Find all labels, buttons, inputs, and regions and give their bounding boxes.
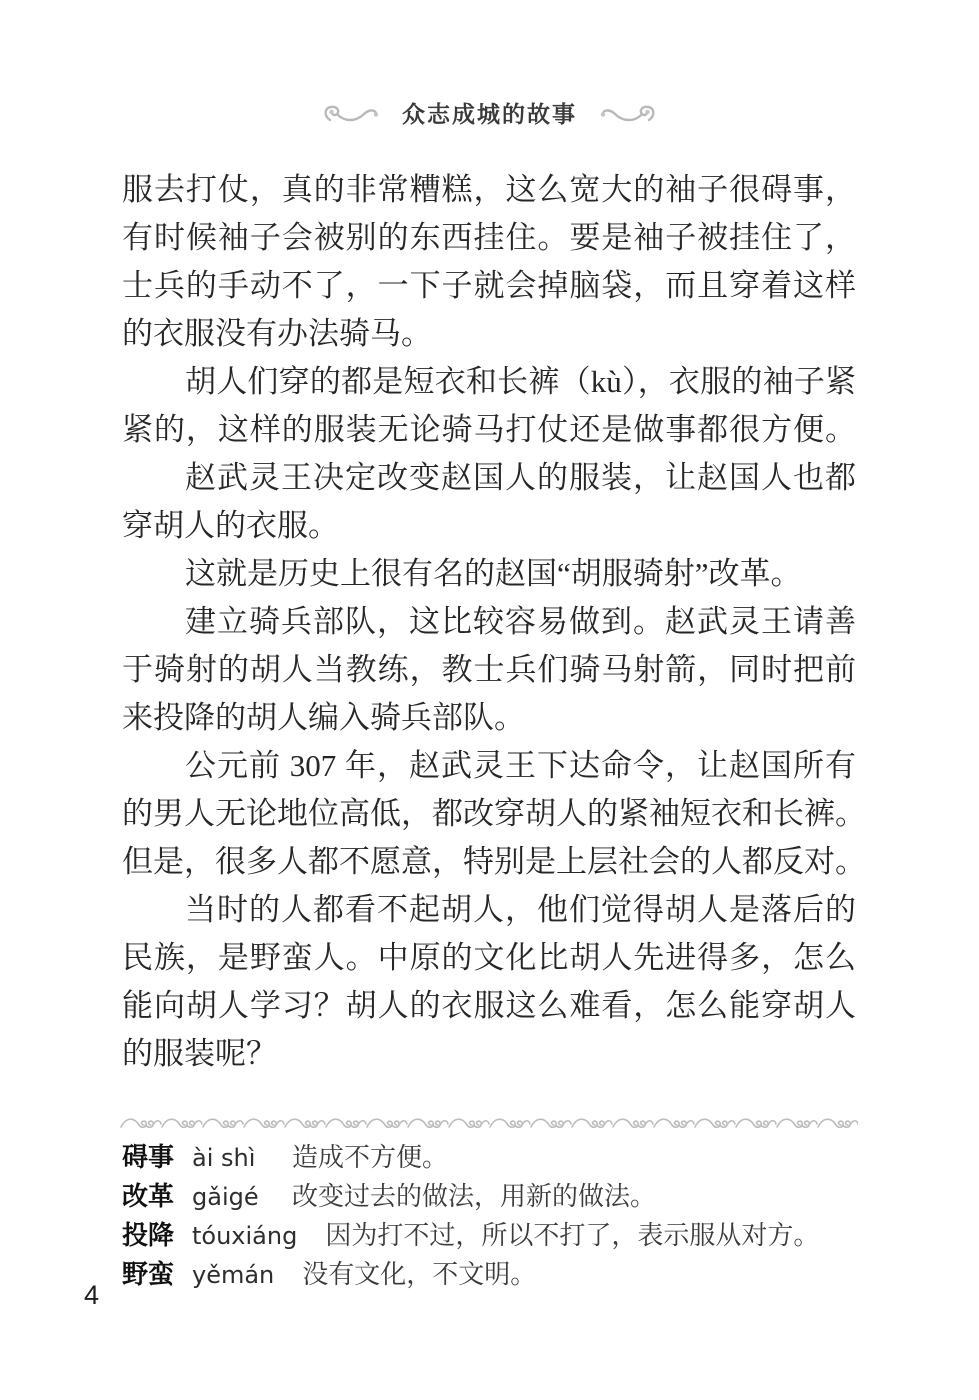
text-line: 来投降的胡人编入骑兵部队。 [122,694,856,742]
running-head: 众志成城的故事 [0,96,979,129]
text-line: 建立骑兵部队，这比较容易做到。赵武灵王请善 [122,598,856,646]
text-line: 的服装呢？ [122,1030,856,1078]
glossary-definition: 因为打不过，所以不打了，表示服从对方。 [325,1216,819,1255]
glossary-entry: 改革 gǎigé 改变过去的做法，用新的做法。 [122,1177,862,1216]
glossary: 碍事 ài shì 造成不方便。 改革 gǎigé 改变过去的做法，用新的做法。… [122,1138,862,1294]
page-number: 4 [84,1280,99,1311]
glossary-pinyin: gǎigé [192,1178,292,1217]
glossary-pinyin: tóuxiáng [192,1217,325,1256]
glossary-entry: 投降 tóuxiáng 因为打不过，所以不打了，表示服从对方。 [122,1216,862,1255]
text-line: 民族，是野蛮人。中原的文化比胡人先进得多，怎么 [122,934,856,982]
text-line: 但是，很多人都不愿意，特别是上层社会的人都反对。 [122,838,856,886]
glossary-term: 碍事 [122,1138,192,1177]
glossary-term: 投降 [122,1216,192,1255]
text-line: 紧的，这样的服装无论骑马打仗还是做事都很方便。 [122,406,856,454]
text-line: 有时候袖子会被别的东西挂住。要是袖子被挂住了， [122,214,856,262]
header-flourish-right-icon [599,100,657,126]
text-line: 赵武灵王决定改变赵国人的服装，让赵国人也都 [122,454,856,502]
glossary-entry: 碍事 ài shì 造成不方便。 [122,1138,862,1177]
glossary-definition: 改变过去的做法，用新的做法。 [292,1177,656,1216]
text-line: 于骑射的胡人当教练，教士兵们骑马射箭，同时把前 [122,646,856,694]
glossary-entry: 野蛮 yěmán 没有文化，不文明。 [122,1255,862,1294]
glossary-divider-ornament-icon [120,1114,858,1134]
header-flourish-left-icon [322,100,380,126]
text-line: 穿胡人的衣服。 [122,502,856,550]
text-line: 士兵的手动不了，一下子就会掉脑袋，而且穿着这样 [122,262,856,310]
text-line: 服去打仗，真的非常糟糕，这么宽大的袖子很碍事， [122,166,856,214]
glossary-definition: 造成不方便。 [292,1138,448,1177]
story-text: 服去打仗，真的非常糟糕，这么宽大的袖子很碍事， 有时候袖子会被别的东西挂住。要是… [122,166,856,1078]
text-line: 的衣服没有办法骑马。 [122,310,856,358]
text-line: 胡人们穿的都是短衣和长裤（kù），衣服的袖子紧 [122,358,856,406]
text-line: 公元前 307 年，赵武灵王下达命令，让赵国所有 [122,742,856,790]
glossary-pinyin: ài shì [192,1139,292,1178]
glossary-definition: 没有文化，不文明。 [302,1255,536,1294]
glossary-term: 改革 [122,1177,192,1216]
glossary-term: 野蛮 [122,1255,192,1294]
text-line: 这就是历史上很有名的赵国“胡服骑射”改革。 [122,550,856,598]
text-line: 当时的人都看不起胡人，他们觉得胡人是落后的 [122,886,856,934]
glossary-pinyin: yěmán [192,1256,302,1295]
text-line: 的男人无论地位高低，都改穿胡人的紧袖短衣和长裤。 [122,790,856,838]
page-title: 众志成城的故事 [402,96,577,129]
text-line: 能向胡人学习？胡人的衣服这么难看，怎么能穿胡人 [122,982,856,1030]
